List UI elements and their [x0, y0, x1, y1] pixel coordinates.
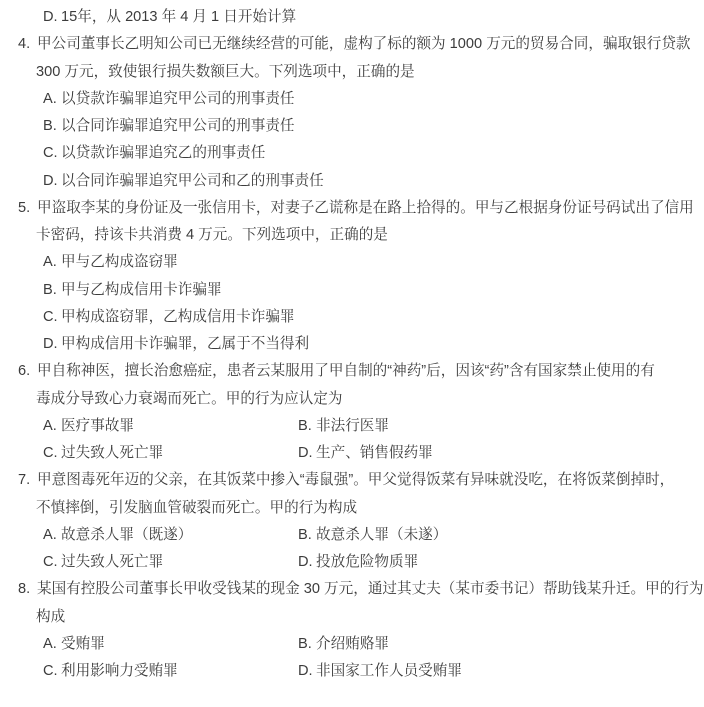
option-label: A.: [43, 249, 61, 276]
question-5-option-a: A.甲与乙构成盗窃罪: [0, 249, 704, 276]
option-label: D.: [43, 168, 61, 195]
option-text: 非法行医罪: [316, 418, 389, 434]
question-5-option-d: D.甲构成信用卡诈骗罪，乙属于不当得利: [0, 331, 704, 358]
question-7-option-b: B.故意杀人罪（未遂）: [298, 522, 447, 549]
question-number: 6.: [18, 358, 37, 385]
option-text: 甲构成盗窃罪，乙构成信用卡诈骗罪: [61, 309, 295, 325]
option-text: 以合同诈骗罪追究甲公司和乙的刑事责任: [61, 173, 324, 189]
option-label: C.: [43, 658, 61, 685]
option-text: 以贷款诈骗罪追究乙的刑事责任: [61, 145, 265, 161]
option-text: 介绍贿赂罪: [316, 636, 389, 652]
question-6-options-row-ab: A.医疗事故罪B.非法行医罪: [0, 413, 704, 440]
stem-text: 甲盗取李某的身份证及一张信用卡，对妻子乙谎称是在路上拾得的。甲与乙根据身份证号码…: [37, 200, 694, 216]
question-8-options-row-cd: C.利用影响力受贿罪D.非国家工作人员受贿罪: [0, 658, 704, 685]
option-label: A.: [43, 413, 61, 440]
option-text: 15年，从 2013 年 4 月 1 日开始计算: [61, 9, 296, 25]
question-7-stem-line-1: 7.甲意图毒死年迈的父亲，在其饭菜中掺入“毒鼠强”。甲父觉得饭菜有异味就没吃，在…: [0, 467, 704, 494]
option-text: 甲与乙构成信用卡诈骗罪: [61, 282, 222, 298]
question-7-option-d: D.投放危险物质罪: [298, 549, 418, 576]
question-number: 4.: [18, 31, 37, 58]
option-label: A.: [43, 86, 61, 113]
option-text: 故意杀人罪（未遂）: [316, 527, 447, 543]
stem-text: 甲意图毒死年迈的父亲，在其饭菜中掺入“毒鼠强”。甲父觉得饭菜有异味就没吃，在将饭…: [37, 472, 674, 488]
option-text: 以合同诈骗罪追究甲公司的刑事责任: [61, 118, 295, 134]
question-7-options-row-ab: A.故意杀人罪（既遂）B.故意杀人罪（未遂）: [0, 522, 704, 549]
option-text: 投放危险物质罪: [316, 554, 418, 570]
question-6-option-c: C.过失致人死亡罪: [43, 440, 298, 467]
question-8-options-row-ab: A.受贿罪B.介绍贿赂罪: [0, 631, 704, 658]
question-number: 7.: [18, 467, 37, 494]
option-label: D.: [298, 549, 316, 576]
option-text: 甲与乙构成盗窃罪: [61, 254, 178, 270]
question-7-option-c: C.过失致人死亡罪: [43, 549, 298, 576]
question-4-stem-line-2: 300 万元，致使银行损失数额巨大。下列选项中，正确的是: [0, 59, 704, 86]
question-6-stem-line-1: 6.甲自称神医，擅长治愈癌症，患者云某服用了甲自制的“神药”后，因该“药”含有国…: [0, 358, 704, 385]
option-text: 利用影响力受贿罪: [61, 663, 178, 679]
option-text: 生产、销售假药罪: [316, 445, 433, 461]
question-5-stem-line-2: 卡密码，持该卡共消费 4 万元。下列选项中，正确的是: [0, 222, 704, 249]
question-8-stem-line-1: 8.某国有控股公司董事长甲收受钱某的现金 30 万元，通过其丈夫（某市委书记）帮…: [0, 576, 704, 603]
question-4-stem-line-1: 4.甲公司董事长乙明知公司已无继续经营的可能，虚构了标的额为 1000 万元的贸…: [0, 31, 704, 58]
exam-document-page: D.15年，从 2013 年 4 月 1 日开始计算 4.甲公司董事长乙明知公司…: [0, 0, 704, 707]
question-5-stem-line-1: 5.甲盗取李某的身份证及一张信用卡，对妻子乙谎称是在路上拾得的。甲与乙根据身份证…: [0, 195, 704, 222]
option-text: 以贷款诈骗罪追究甲公司的刑事责任: [61, 91, 295, 107]
prev-question-option-d: D.15年，从 2013 年 4 月 1 日开始计算: [0, 4, 704, 31]
question-6-option-d: D.生产、销售假药罪: [298, 440, 433, 467]
stem-text: 某国有控股公司董事长甲收受钱某的现金 30 万元，通过其丈夫（某市委书记）帮助钱…: [37, 581, 703, 597]
question-number: 5.: [18, 195, 37, 222]
option-text: 受贿罪: [61, 636, 105, 652]
option-text: 故意杀人罪（既遂）: [61, 527, 192, 543]
question-6-option-b: B.非法行医罪: [298, 413, 389, 440]
option-label: C.: [43, 140, 61, 167]
option-label: A.: [43, 522, 61, 549]
stem-text: 甲公司董事长乙明知公司已无继续经营的可能，虚构了标的额为 1000 万元的贸易合…: [37, 36, 691, 52]
question-8-option-b: B.介绍贿赂罪: [298, 631, 389, 658]
option-text: 过失致人死亡罪: [61, 445, 163, 461]
option-label: B.: [43, 277, 61, 304]
option-label: B.: [298, 413, 316, 440]
question-6-stem-line-2: 毒成分导致心力衰竭而死亡。甲的行为应认定为: [0, 386, 704, 413]
question-8-stem-line-2: 构成: [0, 604, 704, 631]
option-label: B.: [43, 113, 61, 140]
question-7-option-a: A.故意杀人罪（既遂）: [43, 522, 298, 549]
question-8-option-c: C.利用影响力受贿罪: [43, 658, 298, 685]
option-text: 过失致人死亡罪: [61, 554, 163, 570]
option-text: 医疗事故罪: [61, 418, 134, 434]
question-7-options-row-cd: C.过失致人死亡罪D.投放危险物质罪: [0, 549, 704, 576]
question-5-option-b: B.甲与乙构成信用卡诈骗罪: [0, 277, 704, 304]
option-label: C.: [43, 549, 61, 576]
option-label: A.: [43, 631, 61, 658]
question-4-option-a: A.以贷款诈骗罪追究甲公司的刑事责任: [0, 86, 704, 113]
option-label: C.: [43, 304, 61, 331]
option-text: 非国家工作人员受贿罪: [316, 663, 462, 679]
option-label: D.: [43, 331, 61, 358]
option-label: D.: [43, 4, 61, 31]
option-label: B.: [298, 631, 316, 658]
stem-text: 甲自称神医，擅长治愈癌症，患者云某服用了甲自制的“神药”后，因该“药”含有国家禁…: [37, 363, 655, 379]
question-8-option-d: D.非国家工作人员受贿罪: [298, 658, 462, 685]
option-label: D.: [298, 440, 316, 467]
option-label: B.: [298, 522, 316, 549]
option-text: 甲构成信用卡诈骗罪，乙属于不当得利: [61, 336, 309, 352]
question-4-option-d: D.以合同诈骗罪追究甲公司和乙的刑事责任: [0, 168, 704, 195]
question-7-stem-line-2: 不慎摔倒，引发脑血管破裂而死亡。甲的行为构成: [0, 495, 704, 522]
question-5-option-c: C.甲构成盗窃罪，乙构成信用卡诈骗罪: [0, 304, 704, 331]
option-label: D.: [298, 658, 316, 685]
question-6-option-a: A.医疗事故罪: [43, 413, 298, 440]
question-number: 8.: [18, 576, 37, 603]
question-4-option-c: C.以贷款诈骗罪追究乙的刑事责任: [0, 140, 704, 167]
question-6-options-row-cd: C.过失致人死亡罪D.生产、销售假药罪: [0, 440, 704, 467]
option-label: C.: [43, 440, 61, 467]
question-8-option-a: A.受贿罪: [43, 631, 298, 658]
question-4-option-b: B.以合同诈骗罪追究甲公司的刑事责任: [0, 113, 704, 140]
